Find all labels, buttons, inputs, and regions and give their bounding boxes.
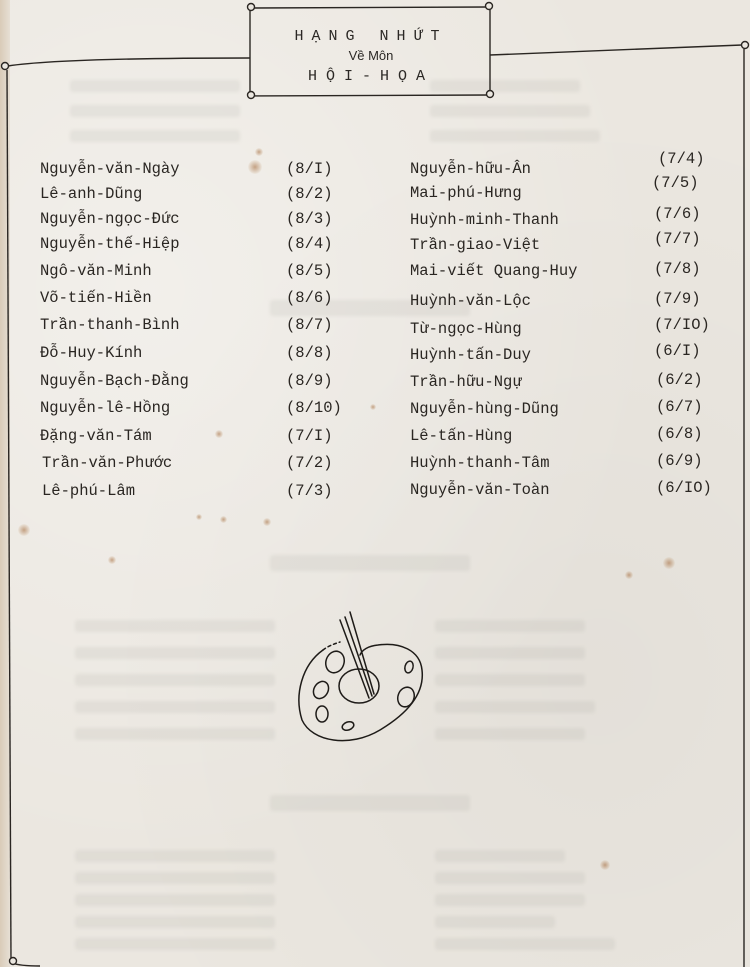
student-name: Nguyễn-ngọc-Đức	[40, 210, 180, 228]
student-class: (6/8)	[656, 425, 703, 443]
title-subject: HỘI-HỌA	[253, 68, 489, 85]
student-class: (6/I)	[654, 342, 701, 360]
student-class: (8/6)	[286, 289, 333, 307]
student-name: Huỳnh-thanh-Tâm	[410, 454, 550, 472]
student-class: (6/IO)	[656, 479, 712, 497]
student-name: Lê-anh-Dũng	[40, 185, 142, 203]
student-class: (8/10)	[286, 399, 342, 417]
student-class: (8/8)	[286, 344, 333, 362]
student-class: (6/2)	[656, 371, 703, 389]
student-class: (6/7)	[656, 398, 703, 416]
student-class: (7/I)	[286, 427, 333, 445]
student-name: Đỗ-Huy-Kính	[40, 344, 142, 362]
student-name: Nguyễn-thế-Hiệp	[40, 235, 180, 253]
student-class: (8/3)	[286, 210, 333, 228]
student-class: (6/9)	[656, 452, 703, 470]
paint-palette-with-brush-icon	[290, 600, 430, 750]
student-name: Nguyễn-hữu-Ân	[410, 160, 531, 178]
student-name: Lê-phú-Lâm	[42, 482, 135, 500]
student-class: (8/7)	[286, 316, 333, 334]
student-name: Huỳnh-tấn-Duy	[410, 346, 531, 364]
student-class: (7/6)	[654, 205, 701, 223]
title-subject-label: Về Môn	[253, 48, 489, 63]
student-name: Trần-giao-Việt	[410, 236, 540, 254]
student-name: Trần-hữu-Ngự	[410, 373, 522, 391]
student-class: (7/2)	[286, 454, 333, 472]
student-name: Lê-tấn-Hùng	[410, 427, 512, 445]
title-box: HẠNG NHỨT Về Môn HỘI-HỌA	[253, 8, 489, 96]
student-class: (8/2)	[286, 185, 333, 203]
student-class: (7/5)	[652, 174, 699, 192]
student-class: (7/8)	[654, 260, 701, 278]
student-class: (7/3)	[286, 482, 333, 500]
student-name: Huỳnh-minh-Thanh	[410, 211, 559, 229]
student-class: (7/IO)	[654, 316, 710, 334]
student-name: Từ-ngọc-Hùng	[410, 320, 522, 338]
student-name: Mai-phú-Hưng	[410, 184, 522, 202]
student-class: (7/4)	[658, 150, 705, 168]
student-name: Huỳnh-văn-Lộc	[410, 292, 531, 310]
student-name: Ngô-văn-Minh	[40, 262, 152, 280]
student-name: Nguyễn-lê-Hồng	[40, 399, 170, 417]
student-class: (7/7)	[654, 230, 701, 248]
student-name: Nguyễn-hùng-Dũng	[410, 400, 559, 418]
student-name: Nguyễn-văn-Ngày	[40, 160, 180, 178]
student-class: (8/4)	[286, 235, 333, 253]
student-class: (7/9)	[654, 290, 701, 308]
student-name: Nguyễn-Bạch-Đằng	[40, 372, 189, 390]
student-name: Đặng-văn-Tám	[40, 427, 152, 445]
student-class: (8/I)	[286, 160, 333, 178]
student-name: Trần-văn-Phước	[42, 454, 172, 472]
title-rank: HẠNG NHỨT	[253, 28, 489, 45]
student-name: Võ-tiến-Hiền	[40, 289, 152, 307]
student-class: (8/9)	[286, 372, 333, 390]
student-name: Mai-viết Quang-Huy	[410, 262, 577, 280]
student-name: Nguyễn-văn-Toàn	[410, 481, 550, 499]
student-class: (8/5)	[286, 262, 333, 280]
student-name: Trần-thanh-Bình	[40, 316, 180, 334]
